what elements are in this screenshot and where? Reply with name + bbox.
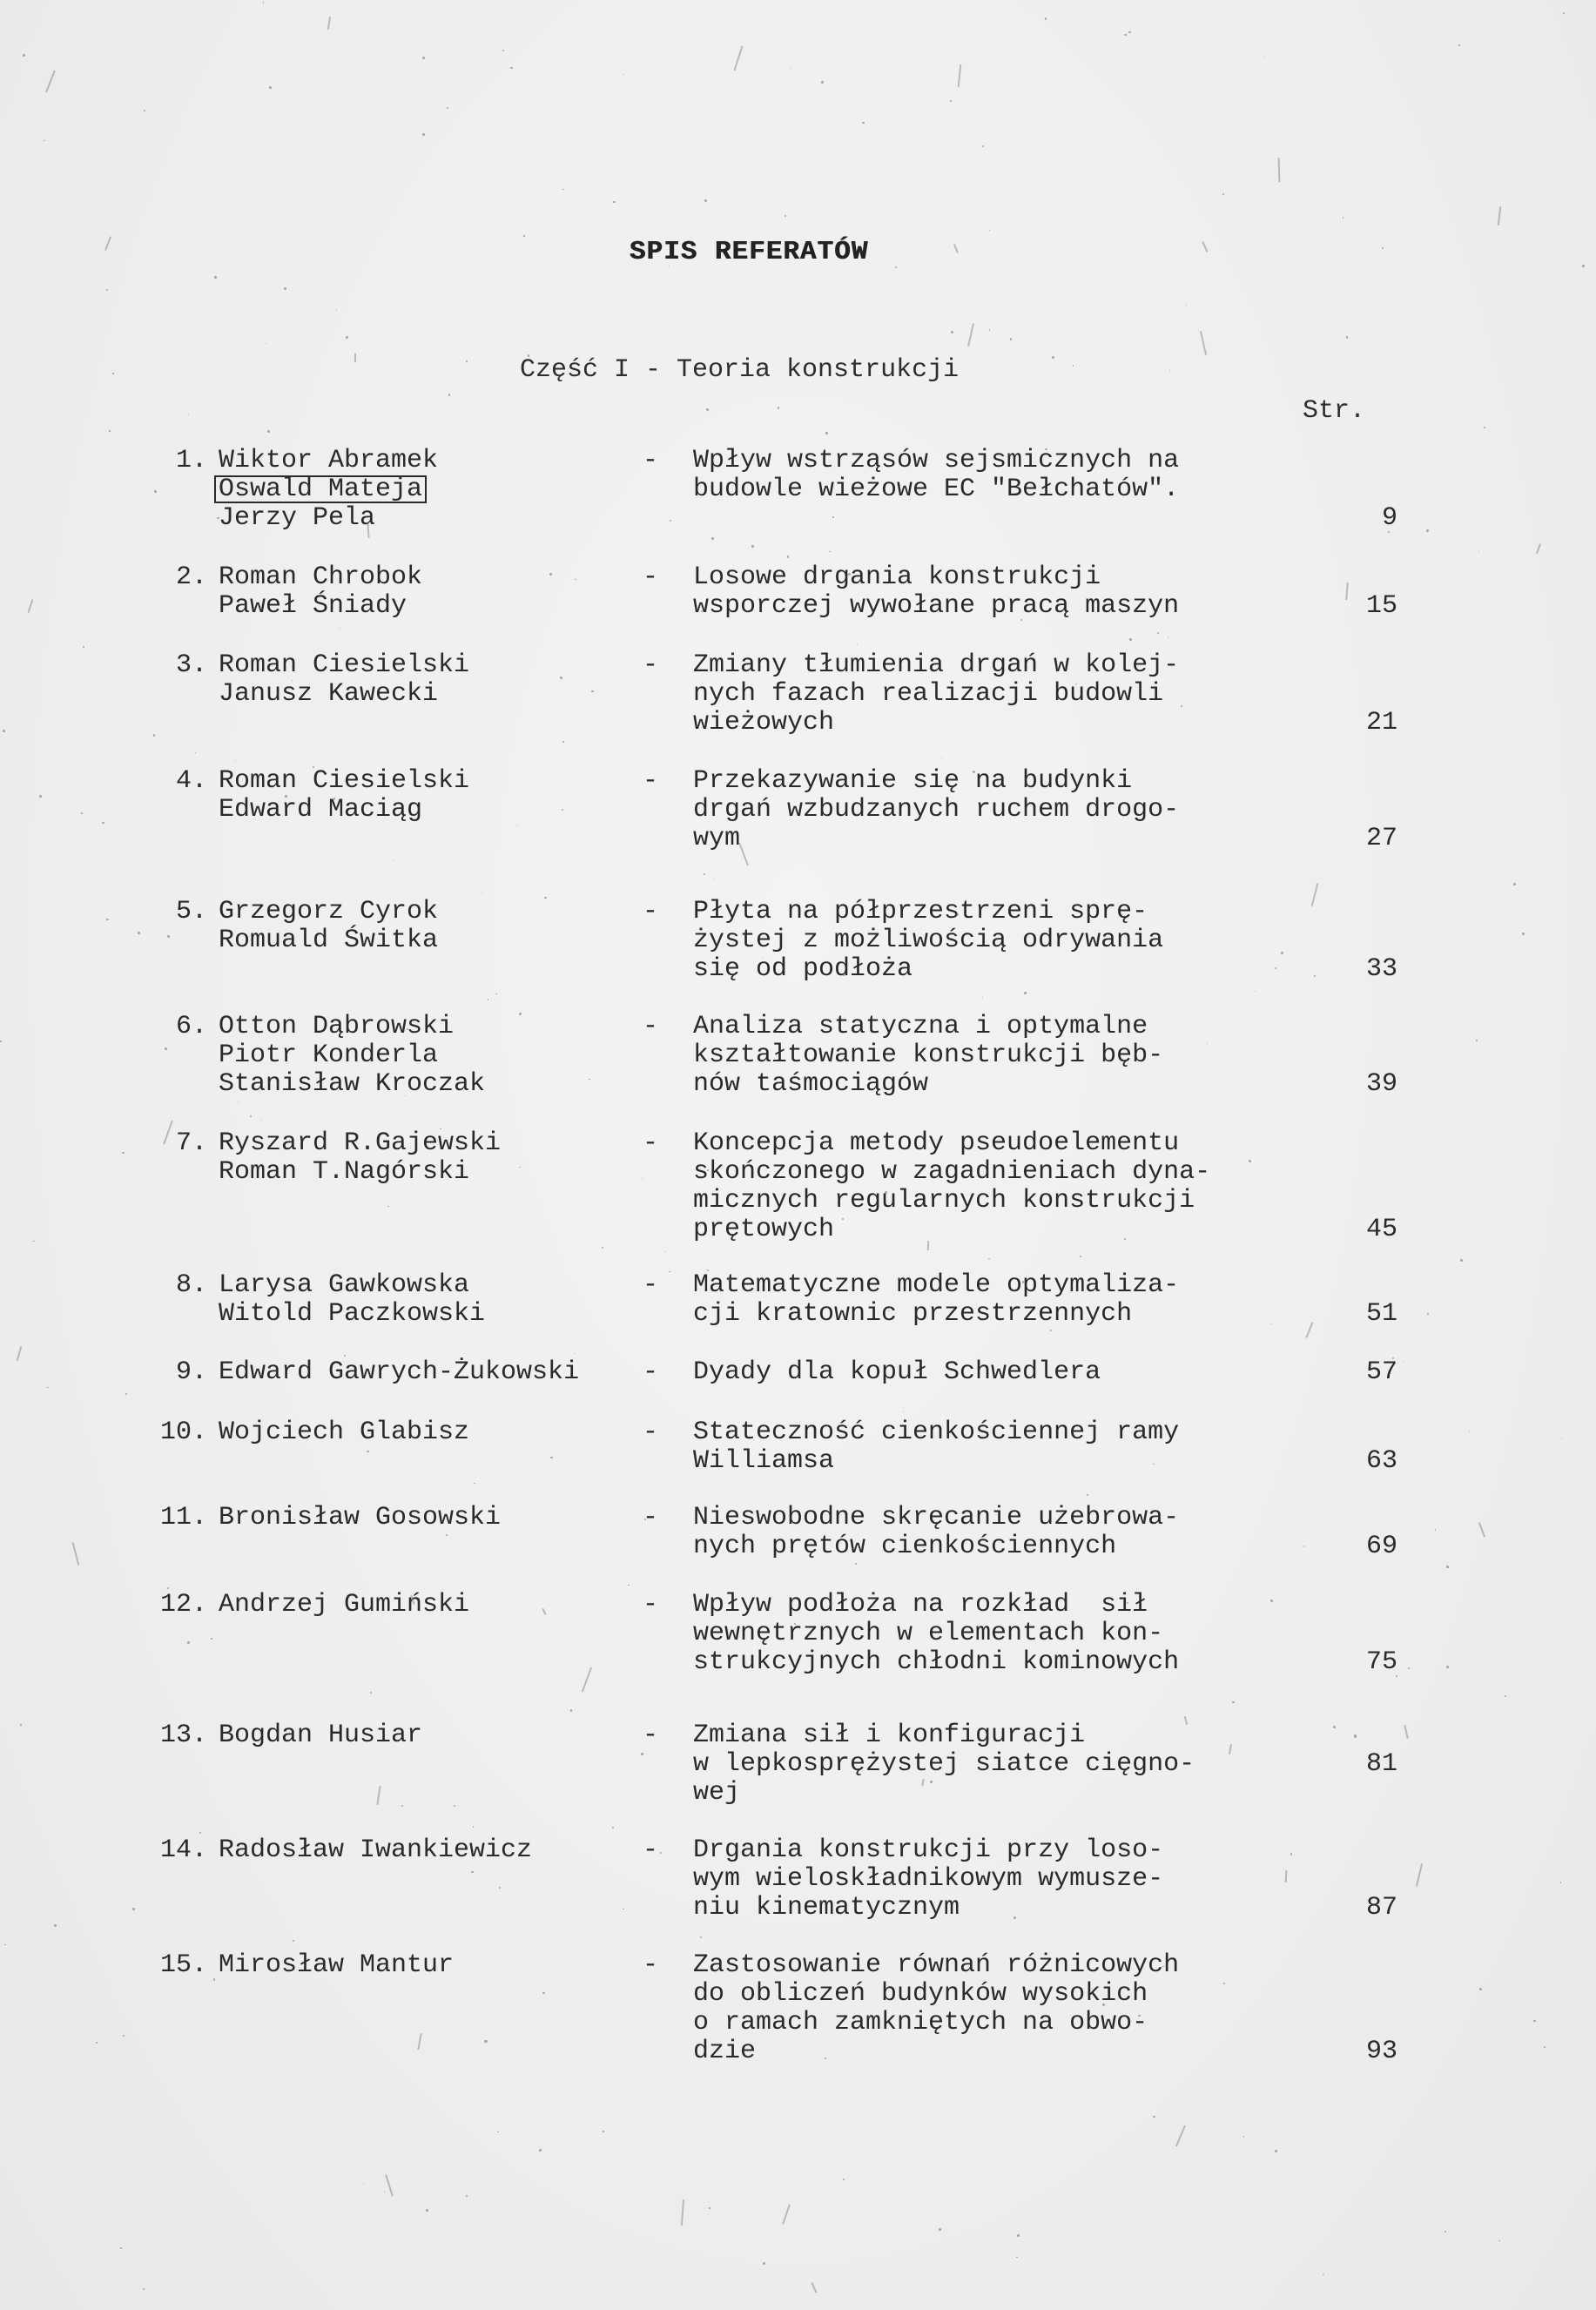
author-name: Grzegorz Cyrok (219, 898, 438, 926)
page-number: 9 (1319, 504, 1397, 533)
author-name: Otton Dąbrowski (219, 1013, 485, 1041)
author-name: Edward Maciąg (219, 796, 469, 825)
page-number: 33 (1319, 955, 1397, 984)
author-name: Wojciech Glabisz (219, 1418, 469, 1447)
separator-dash: - (643, 1591, 658, 1620)
page-number: 27 (1319, 825, 1397, 853)
entry-authors: Andrzej Gumiński (219, 1591, 469, 1620)
separator-dash: - (643, 898, 658, 926)
entry-title: Koncepcja metody pseudoelementuskończone… (693, 1129, 1210, 1244)
page-number: 63 (1319, 1447, 1397, 1476)
separator-dash: - (643, 1358, 658, 1387)
separator-dash: - (643, 1418, 658, 1447)
entry-number: 3. (113, 651, 207, 680)
author-name: Larysa Gawkowska (219, 1271, 485, 1300)
entry-authors: Wojciech Glabisz (219, 1418, 469, 1447)
entry-authors: Roman CiesielskiEdward Maciąg (219, 767, 469, 825)
author-name: Jerzy Pela (219, 504, 438, 533)
scanned-page: SPIS REFERATÓW Część I - Teoria konstruk… (0, 0, 1596, 2310)
entry-authors: Edward Gawrych-Żukowski (219, 1358, 579, 1387)
entry-number: 5. (113, 898, 207, 926)
entry-authors: Bogdan Husiar (219, 1721, 422, 1750)
separator-dash: - (643, 447, 658, 475)
author-name: Oswald Mateja (219, 475, 438, 504)
separator-dash: - (643, 563, 658, 592)
separator-dash: - (643, 1129, 658, 1158)
entry-authors: Larysa GawkowskaWitold Paczkowski (219, 1271, 485, 1329)
author-name: Ryszard R.Gajewski (219, 1129, 501, 1158)
author-name: Janusz Kawecki (219, 680, 469, 709)
author-name: Bronisław Gosowski (219, 1504, 501, 1532)
entry-authors: Grzegorz CyrokRomuald Świtka (219, 898, 438, 955)
entry-number: 14. (113, 1836, 207, 1865)
author-name: Radosław Iwankiewicz (219, 1836, 532, 1865)
page-number: 75 (1319, 1648, 1397, 1677)
page-number: 51 (1319, 1300, 1397, 1329)
separator-dash: - (643, 1951, 658, 1980)
entry-title: Analiza statyczna i optymalnekształtowan… (693, 1013, 1163, 1099)
entry-title: Zastosowanie równań różnicowychdo oblicz… (693, 1951, 1179, 2066)
entry-title: Płyta na półprzestrzeni sprę-żystej z mo… (693, 898, 1163, 984)
separator-dash: - (643, 1721, 658, 1750)
entry-number: 7. (113, 1129, 207, 1158)
entry-authors: Bronisław Gosowski (219, 1504, 501, 1532)
author-name: Roman Ciesielski (219, 651, 469, 680)
entry-number: 2. (113, 563, 207, 592)
entry-title: Nieswobodne skręcanie użebrowa-nych pręt… (693, 1504, 1179, 1561)
author-name: Romuald Świtka (219, 926, 438, 955)
author-name: Roman T.Nagórski (219, 1158, 501, 1187)
entry-number: 12. (113, 1591, 207, 1620)
author-name: Stanisław Kroczak (219, 1070, 485, 1099)
entry-title: Zmiany tłumienia drgań w kolej-nych faza… (693, 651, 1179, 737)
entry-number: 10. (113, 1418, 207, 1447)
entry-title: Zmiana sił i konfiguracjiw lepkosprężyst… (693, 1721, 1195, 1808)
author-name: Edward Gawrych-Żukowski (219, 1358, 579, 1387)
entry-authors: Wiktor AbramekOswald MatejaJerzy Pela (219, 447, 438, 533)
page-number: 39 (1319, 1070, 1397, 1099)
entry-title: Losowe drgania konstrukcjiwsporczej wywo… (693, 563, 1179, 621)
entry-title: Wpływ podłoża na rozkład siłwewnętrznych… (693, 1591, 1179, 1677)
entry-authors: Mirosław Mantur (219, 1951, 454, 1980)
entry-authors: Radosław Iwankiewicz (219, 1836, 532, 1865)
author-name: Wiktor Abramek (219, 447, 438, 475)
entry-title: Drgania konstrukcji przy loso-wym wielos… (693, 1836, 1163, 1923)
entry-authors: Ryszard R.GajewskiRoman T.Nagórski (219, 1129, 501, 1187)
page-column-label: Str. (1303, 396, 1365, 426)
page-number: 69 (1319, 1532, 1397, 1561)
author-name: Andrzej Gumiński (219, 1591, 469, 1620)
entry-number: 4. (113, 767, 207, 796)
page-number: 87 (1319, 1894, 1397, 1923)
document-title: SPIS REFERATÓW (0, 237, 1498, 267)
page-number: 81 (1319, 1750, 1397, 1779)
separator-dash: - (643, 1271, 658, 1300)
author-name: Roman Chrobok (219, 563, 422, 592)
author-name: Bogdan Husiar (219, 1721, 422, 1750)
page-number: 15 (1319, 592, 1397, 621)
entry-authors: Roman ChrobokPaweł Śniady (219, 563, 422, 621)
entry-title: Przekazywanie się na budynkidrgań wzbudz… (693, 767, 1179, 853)
entry-number: 6. (113, 1013, 207, 1041)
entry-number: 8. (113, 1271, 207, 1300)
page-number: 57 (1319, 1358, 1397, 1387)
entry-number: 15. (113, 1951, 207, 1980)
page-number: 21 (1319, 709, 1397, 737)
separator-dash: - (643, 651, 658, 680)
entry-title: Stateczność cienkościennej ramyWilliamsa (693, 1418, 1179, 1476)
author-name: Mirosław Mantur (219, 1951, 454, 1980)
separator-dash: - (643, 1836, 658, 1865)
entry-authors: Otton DąbrowskiPiotr KonderlaStanisław K… (219, 1013, 485, 1099)
entry-title: Dyady dla kopuł Schwedlera (693, 1358, 1101, 1387)
entry-authors: Roman CiesielskiJanusz Kawecki (219, 651, 469, 709)
entry-number: 1. (113, 447, 207, 475)
entry-number: 13. (113, 1721, 207, 1750)
entry-title: Matematyczne modele optymaliza-cji krato… (693, 1271, 1179, 1329)
page-number: 45 (1319, 1216, 1397, 1244)
separator-dash: - (643, 767, 658, 796)
entry-title: Wpływ wstrząsów sejsmicznych nabudowle w… (693, 447, 1179, 504)
entry-number: 11. (113, 1504, 207, 1532)
separator-dash: - (643, 1013, 658, 1041)
page-number: 93 (1319, 2037, 1397, 2066)
author-name: Piotr Konderla (219, 1041, 485, 1070)
entry-number: 9. (113, 1358, 207, 1387)
author-name: Witold Paczkowski (219, 1300, 485, 1329)
author-name: Paweł Śniady (219, 592, 422, 621)
part-heading: Część I - Teoria konstrukcji (520, 355, 959, 385)
author-name: Roman Ciesielski (219, 767, 469, 796)
